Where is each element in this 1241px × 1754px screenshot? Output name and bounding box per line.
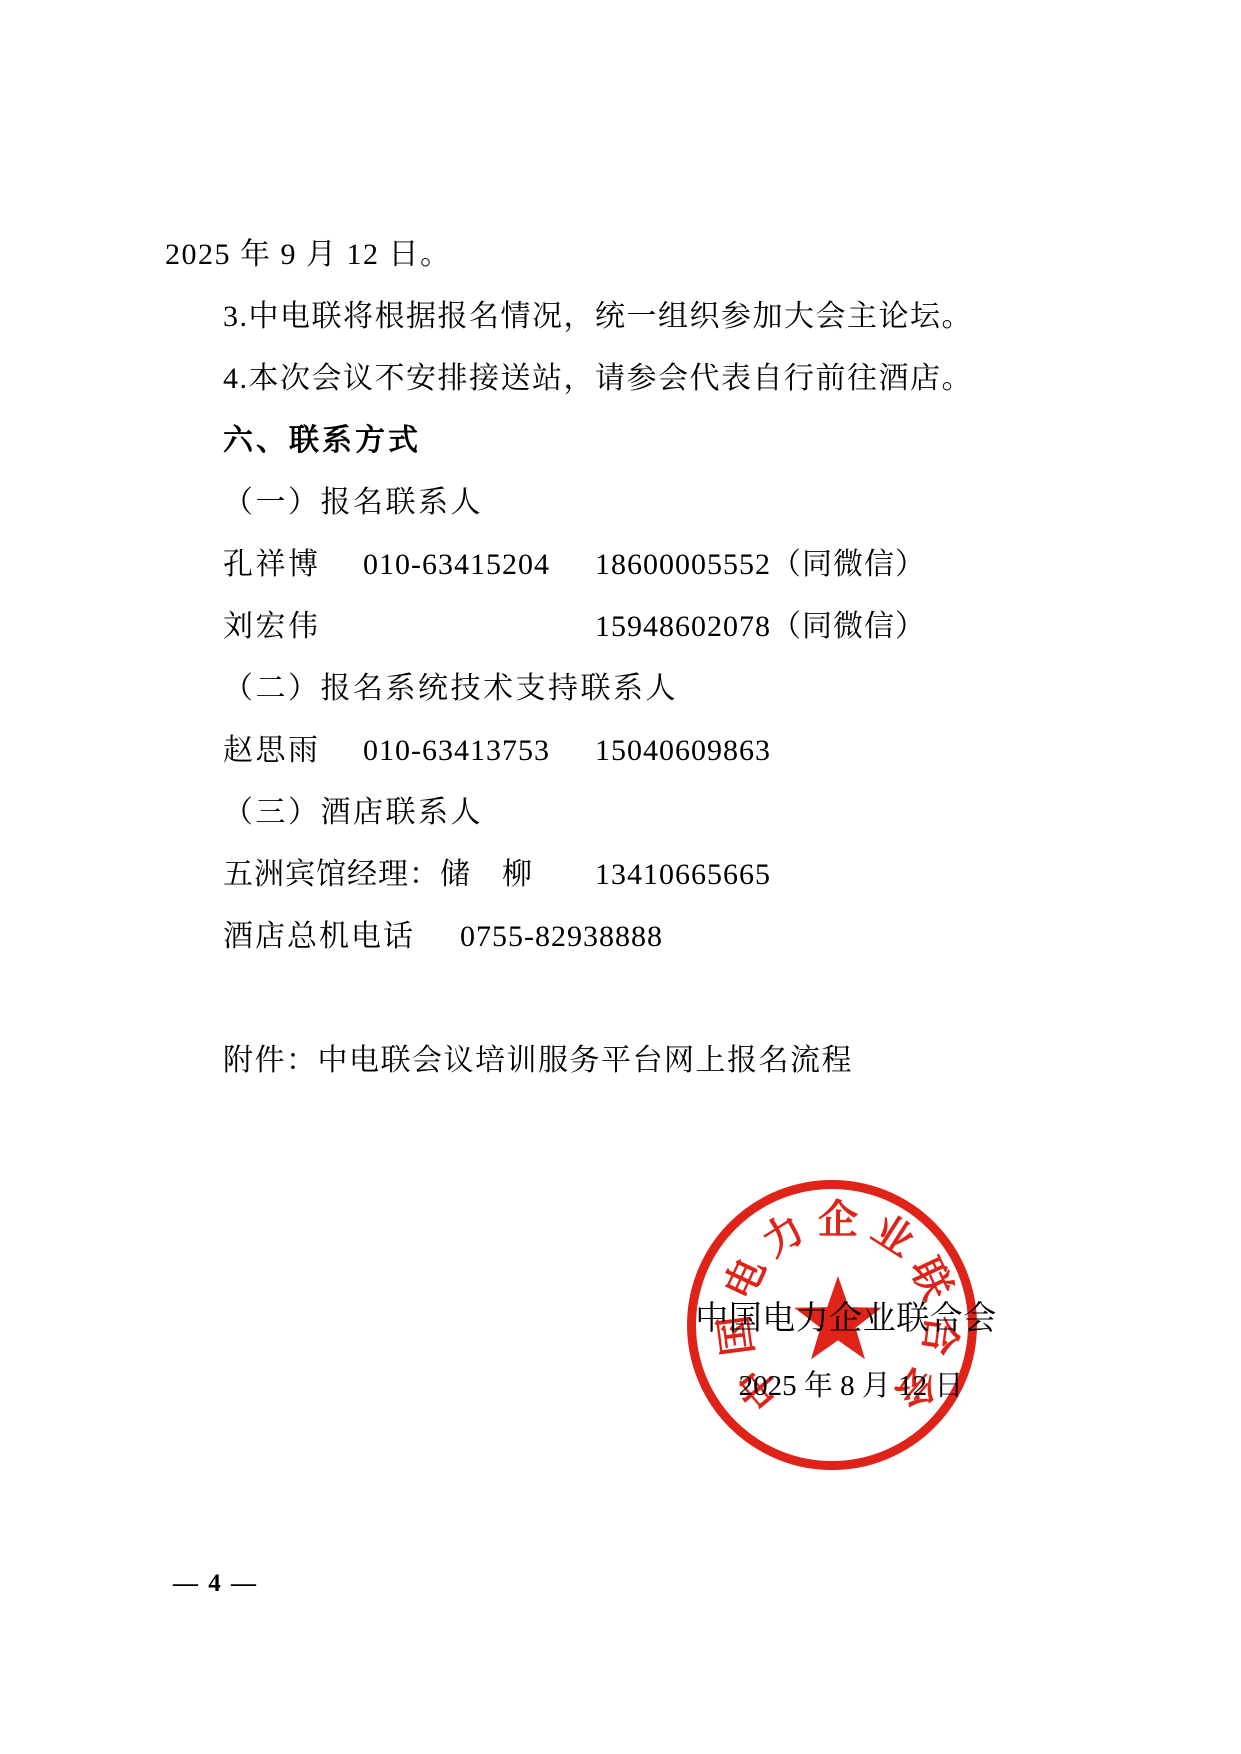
hotel-manager-row: 五洲宾馆经理：储 柳 13410665665 xyxy=(165,844,1115,906)
wechat-note: （同微信） xyxy=(771,596,926,658)
contact-name: 孔祥博 xyxy=(223,534,363,596)
contact-row-zhaosiyu: 赵思雨 010-63413753 15040609863 xyxy=(165,720,1115,782)
section-heading-contact: 六、联系方式 xyxy=(165,410,1115,472)
attachment-line: 附件：中电联会议培训服务平台网上报名流程 xyxy=(165,1030,1115,1092)
signature-org: 中国电力企业联合会 xyxy=(695,1301,997,1337)
contact-office-phone: 010-63415204 xyxy=(363,534,595,596)
list-item-3: 3.中电联将根据报名情况，统一组织参加大会主论坛。 xyxy=(165,286,1115,348)
contact-mobile: 18600005552 xyxy=(595,534,771,596)
document-body: 2025 年 9 月 12 日。 3.中电联将根据报名情况，统一组织参加大会主论… xyxy=(165,224,1115,1092)
blank-line xyxy=(165,968,1115,1030)
list-item-4: 4.本次会议不安排接送站，请参会代表自行前往酒店。 xyxy=(165,348,1115,410)
contact-office-phone: 010-63413753 xyxy=(363,720,595,782)
seal-arc-char: 力 xyxy=(753,1206,814,1267)
contact-mobile: 15948602078 xyxy=(595,596,771,658)
wechat-note: （同微信） xyxy=(771,534,926,596)
subsection-heading-tech-support: （二）报名系统技术支持联系人 xyxy=(165,658,1115,720)
contact-mobile: 15040609863 xyxy=(595,720,771,782)
hotel-switchboard-label: 酒店总机电话 xyxy=(223,906,460,968)
seal-arc-char: 电 xyxy=(716,1250,774,1308)
page-number: — 4 — xyxy=(173,1570,258,1598)
subsection-heading-registration-contacts: （一）报名联系人 xyxy=(165,472,1115,534)
subsection-heading-hotel-contact: （三）酒店联系人 xyxy=(165,782,1115,844)
contact-row-liuhongwei: 刘宏伟 15948602078 （同微信） xyxy=(165,596,1115,658)
hotel-switchboard-phone: 0755-82938888 xyxy=(460,906,663,968)
hotel-switchboard-row: 酒店总机电话 0755-82938888 xyxy=(165,906,1115,968)
contact-row-kongxiangbo: 孔祥博 010-63415204 18600005552 （同微信） xyxy=(165,534,1115,596)
contact-name: 赵思雨 xyxy=(223,720,363,782)
signature-date: 2025 年 8 月 12 日 xyxy=(723,1370,979,1402)
seal-arc-char: 业 xyxy=(862,1206,923,1267)
seal-arc-char: 企 xyxy=(816,1198,860,1242)
contact-name: 刘宏伟 xyxy=(223,596,363,658)
hotel-manager-phone: 13410665665 xyxy=(595,844,771,906)
hotel-manager-label: 五洲宾馆经理：储 柳 xyxy=(223,844,595,906)
contact-office-phone xyxy=(363,596,595,658)
date-continuation-line: 2025 年 9 月 12 日。 xyxy=(165,224,1115,286)
seal-arc-char: 联 xyxy=(901,1250,959,1308)
document-page: 2025 年 9 月 12 日。 3.中电联将根据报名情况，统一组织参加大会主论… xyxy=(0,0,1241,1754)
